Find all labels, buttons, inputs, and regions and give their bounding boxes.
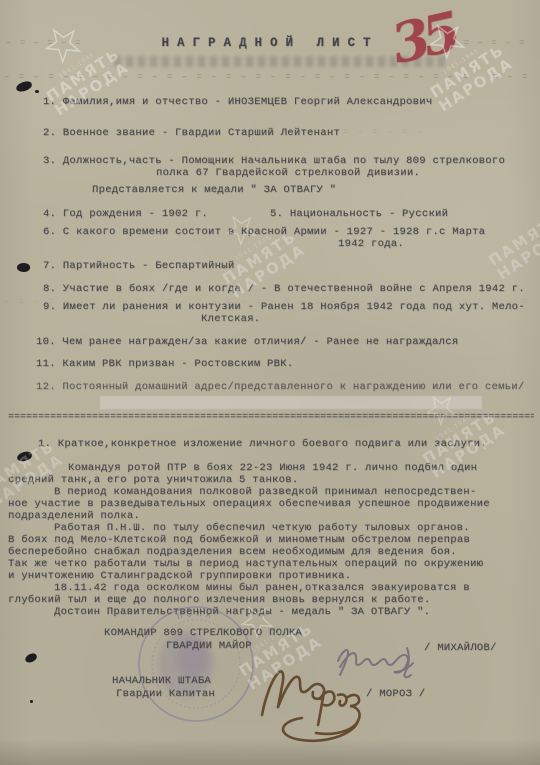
ink-blot — [16, 262, 30, 273]
field-position-line1: 3. Должность,часть - Помощник Начальника… — [36, 155, 528, 167]
award-sheet-document: – = – = – = – НАГРАДНОЙ ЛИСТ – = – = – =… — [0, 0, 540, 765]
chief-of-staff-title-line1: НАЧАЛЬНИК ШТАБА — [112, 675, 211, 687]
dash-rule-left: – = – = – = – — [6, 38, 90, 48]
dash-rule-right: – = – = – = – — [450, 38, 534, 48]
field-home-address: 12. Постоянный домашний адрес/представле… — [36, 381, 528, 393]
citation-line: Так же четко работали тылы в период наст… — [8, 558, 534, 570]
redacted-address-strip — [100, 396, 482, 409]
commander-title-line2: ГВАРДИИ МАЙОР — [166, 640, 252, 652]
separator-rule: ========================================… — [8, 412, 534, 424]
field-service-since-line1: 6. С какого времени состоит в Красной Ар… — [36, 226, 528, 238]
field-wounds-line1: 9. Имеет ли ранения и контузии - Ранен 1… — [36, 301, 528, 313]
field-nationality: 5. Национальность - Русский — [270, 208, 448, 220]
commander-title-line1: КОМАНДИР 809 СТРЕЛКОВОГО ПОЛКА — [104, 627, 302, 639]
citation-line: глубокий тыл и еще до полного излечения … — [8, 594, 534, 606]
citation-line: Командуя ротой ПТР в боях 22-23 Июня 194… — [8, 462, 534, 474]
ink-blot — [15, 80, 33, 93]
commander-name: / МИХАЙЛОВ/ — [424, 642, 497, 654]
citation-line: и уничтожению Сталинградской группировки… — [8, 570, 534, 582]
field-row-birth-nationality: 4. Год рождения - 1902 г. 5. Национально… — [36, 208, 528, 220]
moroz-signature-ink — [262, 671, 360, 740]
citation-section: ========================================… — [8, 412, 534, 618]
ink-blot — [30, 700, 33, 703]
field-birth-year: 4. Год рождения - 1902 г. — [36, 208, 208, 220]
field-previous-awards: 10. Чем ранее награжден/за какие отличия… — [36, 336, 528, 348]
mikhailov-signature-ink — [338, 648, 413, 677]
field-position-line2: полка 67 Гвардейской стрелковой дивизии. — [156, 167, 528, 179]
citation-line: Работая П.Н.Ш. по тылу обеспечил четкую … — [8, 522, 534, 534]
citation-line: бесперебойно снабжал подразделения всем … — [8, 546, 534, 558]
field-name: 1. Фамилия,имя и отчество - ИНОЗЕМЦЕВ Ге… — [36, 96, 528, 108]
ink-blot — [35, 90, 39, 93]
field-service-since-line2: 1942 года. — [338, 238, 528, 250]
citation-conclusion: Достоин Правительственной награды - меда… — [8, 606, 534, 618]
citation-line: ное участие в разведывательных операциях… — [8, 498, 534, 510]
field-combat-participation: 8. Участие в боях /где и когда / - В оте… — [36, 283, 528, 295]
document-title: НАГРАДНОЙ ЛИСТ — [161, 36, 378, 50]
chief-of-staff-title-line2: Гвардии Капитан — [116, 688, 215, 700]
field-award-proposal: Представляется к медали " ЗА ОТВАГУ " — [92, 184, 528, 196]
citation-line: подразделений полка. — [8, 510, 534, 522]
chief-of-staff-name: / МОРОЗ / — [366, 688, 425, 700]
citation-line: 18.11.42 года осколком мины был ранен,от… — [8, 582, 534, 594]
ink-blot — [24, 652, 38, 663]
dash-rule-row: – = – = – = – = – = – = – = – = – = – = … — [4, 72, 536, 82]
citation-line: В период командования полковой разведкой… — [8, 486, 534, 498]
field-wounds-line2: Клетская. — [201, 313, 528, 325]
round-regiment-stamp: ПОЛК — [134, 602, 258, 726]
citation-line: В боях под Мело-Клетской под бомбежкой и… — [8, 534, 534, 546]
citation-heading: 1. Краткое,конкретное изложение личного … — [8, 438, 534, 450]
citation-line: средний танк,а его рота уничтожила 5 тан… — [8, 474, 534, 486]
field-rank: 2. Военное звание - Гвардии Старший Лейт… — [36, 127, 528, 139]
page-number-handwritten: 35 — [386, 0, 460, 76]
field-party: 7. Партийность - Беспартийный — [36, 260, 528, 272]
form-fields: 1. Фамилия,имя и отчество - ИНОЗЕМЦЕВ Ге… — [36, 96, 528, 393]
field-recruiting-office: 11. Каким РВК призван - Ростовским РВК. — [36, 358, 528, 370]
